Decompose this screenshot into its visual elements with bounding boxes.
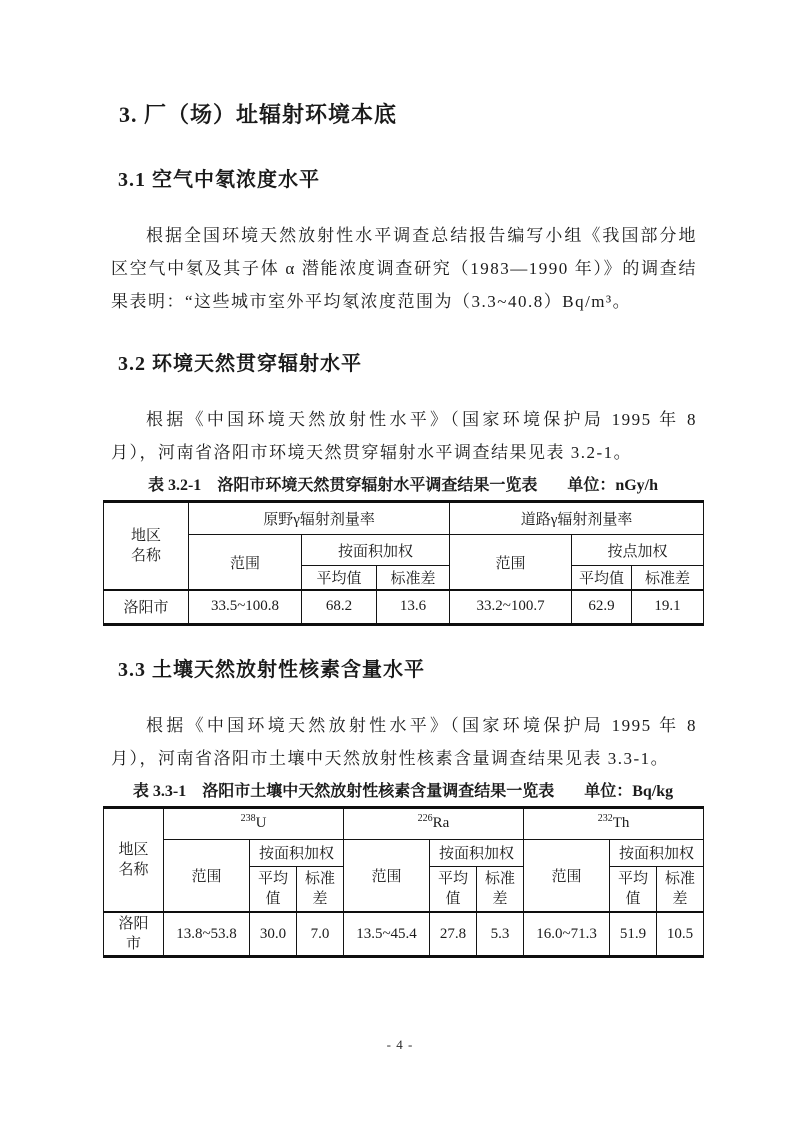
header-area-weighted: 按面积加权 <box>302 535 450 566</box>
cell-field-range: 33.5~100.8 <box>189 590 302 624</box>
isotope-mass-number: 226 <box>418 813 433 824</box>
cell-ra-range: 13.5~45.4 <box>344 912 430 957</box>
header-mean-u: 平均 值 <box>250 866 297 912</box>
cell-field-std: 13.6 <box>377 590 450 624</box>
cell-ra-std: 5.3 <box>477 912 524 957</box>
header-std-th: 标准 差 <box>657 866 704 912</box>
header-point-weighted: 按点加权 <box>572 535 704 566</box>
table-3-3-1: 地区 名称 238U 226Ra 232Th 范围 按面积加权 范围 按面积加权… <box>103 806 704 959</box>
isotope-symbol: U <box>256 815 267 831</box>
header-range-u: 范围 <box>164 839 250 912</box>
header-mean-th: 平均 值 <box>610 866 657 912</box>
cell-th-mean: 51.9 <box>610 912 657 957</box>
table-3-2-1-caption-title: 洛阳市环境天然贯穿辐射水平调查结果一览表 <box>217 477 537 494</box>
paragraph-gamma-radiation: 根据《中国环境天然放射性水平》（国家环境保护局 1995 年 8 月），河南省洛… <box>103 403 703 469</box>
cell-road-std: 19.1 <box>632 590 704 624</box>
header-field-gamma-dose-rate: 原野γ辐射剂量率 <box>189 502 450 535</box>
header-range-th: 范围 <box>524 839 610 912</box>
header-road-gamma-dose-rate: 道路γ辐射剂量率 <box>450 502 704 535</box>
cell-th-std: 10.5 <box>657 912 704 957</box>
isotope-mass-number: 238 <box>241 813 256 824</box>
cell-region: 洛阳 市 <box>104 912 164 957</box>
cell-road-mean: 62.9 <box>572 590 632 624</box>
page-number: - 4 - <box>0 1037 800 1053</box>
header-std-ra: 标准 差 <box>477 866 524 912</box>
section-3-1-heading: 3.1 空气中氡浓度水平 <box>118 166 703 194</box>
chapter-title: 3. 厂（场）址辐射环境本底 <box>119 100 703 130</box>
header-range-field: 范围 <box>189 535 302 591</box>
header-region-name: 地区 名称 <box>104 807 164 912</box>
header-range-road: 范围 <box>450 535 572 591</box>
cell-ra-mean: 27.8 <box>430 912 477 957</box>
isotope-symbol: Ra <box>433 815 450 831</box>
table-3-3-1-caption-title: 洛阳市土壤中天然放射性核素含量调查结果一览表 <box>202 783 554 800</box>
cell-u-std: 7.0 <box>297 912 344 957</box>
header-isotope-ra226: 226Ra <box>344 807 524 839</box>
section-3-2-heading: 3.2 环境天然贯穿辐射水平 <box>118 350 703 378</box>
header-mean-road: 平均值 <box>572 566 632 591</box>
table-3-3-1-caption-unit: 单位：Bq/kg <box>584 783 673 800</box>
cell-th-range: 16.0~71.3 <box>524 912 610 957</box>
header-region-name: 地区 名称 <box>104 502 189 591</box>
header-area-weighted-th: 按面积加权 <box>610 839 704 866</box>
table-3-3-1-caption: 表 3.3-1 洛阳市土壤中天然放射性核素含量调查结果一览表 单位：Bq/kg <box>103 781 703 803</box>
table-3-3-1-caption-label: 表 3.3-1 <box>133 783 186 800</box>
cell-u-range: 13.8~53.8 <box>164 912 250 957</box>
header-isotope-u238: 238U <box>164 807 344 839</box>
header-isotope-th232: 232Th <box>524 807 704 839</box>
isotope-mass-number: 232 <box>598 813 613 824</box>
document-page: 3. 厂（场）址辐射环境本底 3.1 空气中氡浓度水平 根据全国环境天然放射性水… <box>103 0 703 958</box>
table-3-2-1: 地区 名称 原野γ辐射剂量率 道路γ辐射剂量率 范围 按面积加权 范围 按点加权… <box>103 500 704 626</box>
section-3-3-heading: 3.3 土壤天然放射性核素含量水平 <box>118 656 703 684</box>
header-std-field: 标准差 <box>377 566 450 591</box>
cell-u-mean: 30.0 <box>250 912 297 957</box>
table-3-2-1-caption-label: 表 3.2-1 <box>148 477 201 494</box>
header-mean-field: 平均值 <box>302 566 377 591</box>
cell-region: 洛阳市 <box>104 590 189 624</box>
table-3-2-1-caption-unit: 单位：nGy/h <box>567 477 658 494</box>
cell-road-range: 33.2~100.7 <box>450 590 572 624</box>
header-range-ra: 范围 <box>344 839 430 912</box>
table-3-2-1-caption: 表 3.2-1 洛阳市环境天然贯穿辐射水平调查结果一览表 单位：nGy/h <box>103 475 703 497</box>
paragraph-radon-concentration: 根据全国环境天然放射性水平调查总结报告编写小组《我国部分地区空气中氡及其子体 α… <box>103 219 703 318</box>
paragraph-soil-nuclides: 根据《中国环境天然放射性水平》（国家环境保护局 1995 年 8 月），河南省洛… <box>103 709 703 775</box>
header-mean-ra: 平均 值 <box>430 866 477 912</box>
header-std-u: 标准 差 <box>297 866 344 912</box>
header-std-road: 标准差 <box>632 566 704 591</box>
header-area-weighted-ra: 按面积加权 <box>430 839 524 866</box>
isotope-symbol: Th <box>613 815 630 831</box>
header-area-weighted-u: 按面积加权 <box>250 839 344 866</box>
table-row-luoyang: 洛阳市 33.5~100.8 68.2 13.6 33.2~100.7 62.9… <box>104 590 704 624</box>
cell-field-mean: 68.2 <box>302 590 377 624</box>
table-row-luoyang: 洛阳 市 13.8~53.8 30.0 7.0 13.5~45.4 27.8 5… <box>104 912 704 957</box>
